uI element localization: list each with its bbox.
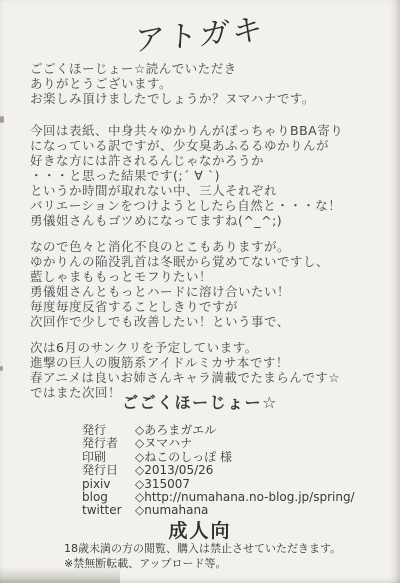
colophon-label: 発行者 [82,437,135,450]
afterword-line: 今回は表紙、中身共々ゆかりんがぽっちゃりBBA寄り [30,123,380,138]
colophon-row-blog: blog ◇http://numahana.no-blog.jp/spring/ [82,491,355,504]
afterword-line: ・・・と思った結果です(;´ ∀ `) [30,168,380,183]
colophon-row-date: 発行日 ◇2013/05/26 [82,464,355,477]
afterword-line: というか時間が取れない中、三人それぞれ [30,183,380,198]
afterword-line: お楽しみ頂けましたでしょうか？ヌマハナです。 [30,91,380,106]
colophon-value: ◇http://numahana.no-blog.jp/spring/ [135,491,355,504]
afterword-line: 次は6月のサンクリを予定しています。 [30,340,380,355]
afterword-line: ごごくほーじょー☆読んでいただき [30,61,380,76]
colophon: 発行 ◇あろまガエル 発行者 ◇ヌマハナ 印刷 ◇ねこのしっぽ 様 発行日 ◇2… [82,424,355,518]
afterword-line: なので色々と消化不良のとこもありますが。 [30,239,380,254]
colophon-value: ◇あろまガエル [135,424,216,437]
colophon-value: ◇ヌマハナ [135,437,192,450]
colophon-row-printer: 印刷 ◇ねこのしっぽ 様 [82,451,355,464]
colophon-row-pixiv: pixiv ◇315007 [82,478,355,491]
afterword-body: ごごくほーじょー☆読んでいただき ありがとうございます。 お楽しみ頂けましたでし… [30,50,380,411]
colophon-label: 印刷 [82,451,135,464]
colophon-row-author: 発行者 ◇ヌマハナ [82,437,355,450]
colophon-value: ◇ねこのしっぽ 様 [135,451,232,464]
afterword-page: アトガキ ごごくほーじょー☆読んでいただき ありがとうございます。 お楽しみ頂け… [0,0,400,583]
afterword-line: ありがとうございます。 [30,76,380,91]
afterword-line: になっている訳ですが、少女臭あふるるゆかりんが [30,138,380,153]
colophon-label: 発行日 [82,464,135,477]
colophon-value: ◇315007 [135,478,190,491]
afterword-line: 毎度毎度反省することしきりですが [30,299,380,314]
afterword-line: 藍しゃまももっとモフりたい！ [30,269,380,284]
colophon-row-publication: 発行 ◇あろまガエル [82,424,355,437]
afterword-line: ゆかりんの陥没乳首は冬眠から覚めてないですし、 [30,254,380,269]
afterword-line: バリエーションをつけようとしたら自然と・・・な！ [30,198,380,213]
afterword-line: 勇儀姐さんともっとハードに溶け合いたい！ [30,284,380,299]
afterword-line: 次回作で少しでも改善したい！という事で、 [30,314,380,329]
afterword-line: 勇儀姐さんもゴツめになってますね(^_^;) [30,213,380,228]
colophon-label: blog [82,491,135,504]
afterword-line: 好きな方には許されるんじゃなかろうか [30,153,380,168]
scan-artifact [0,116,4,123]
scan-edge-shadow [0,567,120,583]
scan-artifact [0,366,3,371]
adult-only-heading: 成人向 [0,516,400,543]
notice-line: 18歳未満の方の閲覧、購入は禁止させていただきます。 [64,542,341,557]
afterword-line: 春アニメは良いお姉さんキャラ満載でたまらんです☆ [30,370,380,385]
colophon-label: pixiv [82,478,135,491]
book-title: ごごくほーじょー☆ [0,390,400,413]
colophon-value: ◇2013/05/26 [135,464,213,477]
afterword-line: 進撃の巨人の腹筋系アイドルミカサ本です！ [30,355,380,370]
